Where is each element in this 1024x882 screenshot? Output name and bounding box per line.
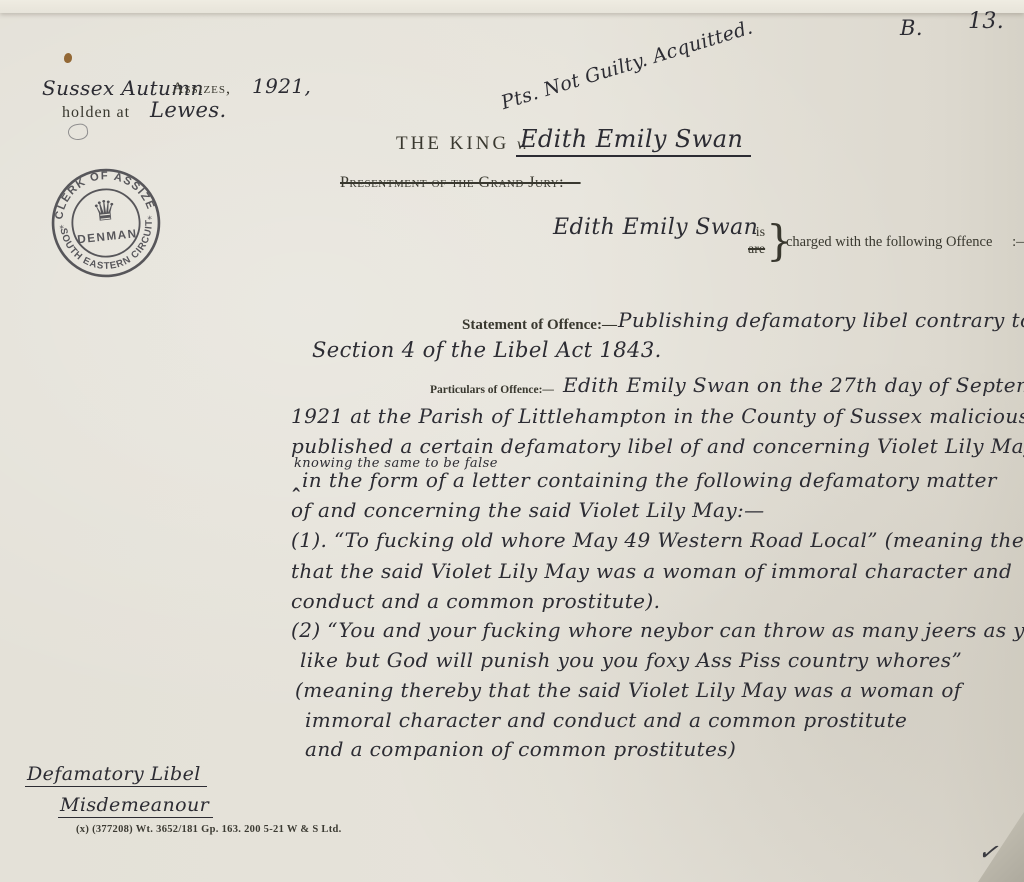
charge-statement-text: charged with the following Offence :— (786, 234, 1024, 251)
clerk-of-assize-stamp: CLERK OF ASSIZE SOUTH EASTERN CIRCUIT ♛ … (44, 161, 167, 284)
particulars-line: of and concerning the said Violet Lily M… (291, 498, 765, 522)
statement-of-offence-label: Statement of Offence:— (462, 317, 617, 334)
particulars-line: immoral character and conduct and a comm… (305, 708, 907, 732)
stamp-name: DENMAN (77, 227, 138, 246)
printer-code: (x) (377208) Wt. 3652/181 Gp. 163. 200 5… (76, 824, 342, 835)
particulars-line: and a companion of common prostitutes) (305, 737, 736, 761)
particulars-line: in the form of a letter containing the f… (302, 468, 997, 492)
defendant-name-title: Edith Emily Swan (516, 125, 751, 157)
particulars-line: (2) “You and your fucking whore neybor c… (291, 618, 1024, 642)
corner-mark-letter: B. (900, 16, 923, 40)
assizes-label: Assizes, (172, 80, 231, 98)
holden-at-label: holden at (62, 104, 130, 122)
charge-text-punct: :— (1012, 234, 1024, 250)
presentment-struck-line: Presentment of the Grand Jury:— (340, 174, 581, 192)
page-number: 13. (968, 9, 1004, 34)
checkmark: ✓ (977, 837, 1000, 867)
verdict-annotation: Pts. Not Guilty. Acquitted. (499, 16, 756, 114)
particulars-first-line: Edith Emily Swan on the 27th day of Sept… (563, 373, 1024, 397)
paper-top-edge (0, 0, 1024, 13)
pencil-mark (67, 123, 89, 142)
particulars-line: conduct and a common prostitute). (291, 589, 660, 613)
offence-class-annotation: Misdemeanour (58, 794, 213, 818)
particulars-of-offence-label: Particulars of Offence:— (430, 384, 554, 396)
charge-word-is: is (756, 224, 765, 241)
particulars-line: like but God will punish you you foxy As… (300, 648, 962, 672)
particulars-line: (1). “To fucking old whore May 49 Wester… (291, 528, 1024, 552)
particulars-line: (meaning thereby that the said Violet Li… (295, 678, 962, 702)
charge-word-are-struck: are (748, 241, 765, 258)
document-page: Sussex Autumn Assizes, 1921, holden at L… (0, 0, 1024, 882)
case-title-crown: THE KING (396, 133, 509, 154)
defendant-name-charge: Edith Emily Swan (553, 215, 758, 240)
particulars-line: published a certain defamatory libel of … (291, 434, 1024, 458)
offence-name-annotation: Defamatory Libel (25, 763, 207, 787)
charge-text-body: charged with the following Offence (786, 234, 992, 250)
particulars-line: 1921 at the Parish of Littlehampton in t… (291, 404, 1024, 428)
statement-line-1: Publishing defamatory libel contrary to (618, 308, 1024, 332)
assizes-year: 1921, (252, 74, 311, 98)
holden-at-place: Lewes. (150, 98, 227, 122)
ink-spot (64, 53, 72, 63)
crown-icon: ♛ (91, 194, 119, 228)
statement-line-2: Section 4 of the Libel Act 1843. (312, 338, 662, 362)
particulars-line: that the said Violet Lily May was a woma… (291, 559, 1012, 583)
case-title: THE KING v. (396, 133, 527, 155)
